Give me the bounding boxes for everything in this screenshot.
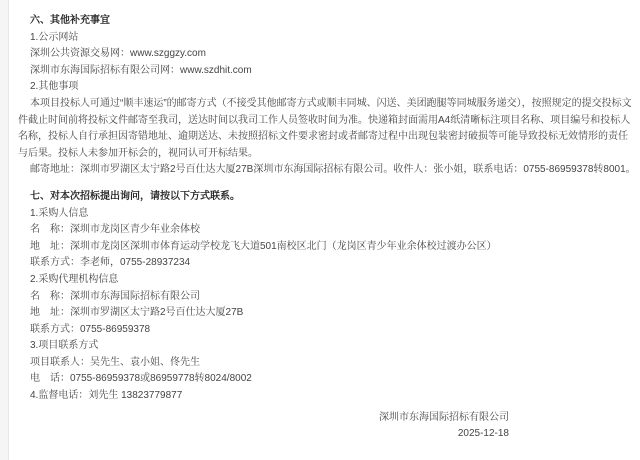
section7-line-project-contacts: 项目联系人：吴先生、袁小姐、佟先生 bbox=[18, 355, 637, 372]
section7-line-agency-info: 2.采购代理机构信息 bbox=[18, 272, 637, 289]
document-page: 六、其他补充事宜 1.公示网站 深圳公共资源交易网：www.szggzy.com… bbox=[8, 0, 640, 460]
section6-line-website-label: 1.公示网站 bbox=[18, 30, 637, 47]
section6-paragraph-mailing-rules: 本项目投标人可通过“顺丰速运”的邮寄方式（不接受其他邮寄方式或顺丰同城、闪送、美… bbox=[18, 96, 637, 162]
section7-line-project-phone: 电 话：0755-86959378或86959778转8024/8002 bbox=[18, 371, 637, 388]
section7-line-purchaser-address: 地 址：深圳市龙岗区深圳市体育运动学校龙飞大道501南校区北门（龙岗区青少年业余… bbox=[18, 239, 637, 256]
announcement-body: 六、其他补充事宜 1.公示网站 深圳公共资源交易网：www.szggzy.com… bbox=[18, 13, 637, 443]
section7-line-project-contact-title: 3.项目联系方式 bbox=[18, 338, 637, 355]
section7-line-supervision-phone: 4.监督电话：刘先生 13823779877 bbox=[18, 388, 637, 405]
section6-paragraph-mailing-address: 邮寄地址：深圳市罗湖区太宁路2号百仕达大厦27B深圳市东海国际招标有限公司。收件… bbox=[18, 162, 637, 179]
section6-heading: 六、其他补充事宜 bbox=[18, 13, 637, 30]
signature-date: 2025-12-18 bbox=[18, 426, 509, 443]
section7-line-purchaser-contact: 联系方式：李老师，0755-28937234 bbox=[18, 255, 637, 272]
signature-company: 深圳市东海国际招标有限公司 bbox=[18, 410, 509, 427]
signature-block: 深圳市东海国际招标有限公司 2025-12-18 bbox=[18, 410, 637, 443]
section7-line-agency-contact: 联系方式：0755-86959378 bbox=[18, 322, 637, 339]
section7-line-agency-name: 名 称：深圳市东海国际招标有限公司 bbox=[18, 289, 637, 306]
section6-line-szdhit-url: 深圳市东海国际招标有限公司网：www.szdhit.com bbox=[18, 63, 637, 80]
section6-line-szggzy-url: 深圳公共资源交易网：www.szggzy.com bbox=[18, 46, 637, 63]
section7-line-purchaser-info: 1.采购人信息 bbox=[18, 206, 637, 223]
section7-heading: 七、对本次招标提出询问，请按以下方式联系。 bbox=[18, 189, 637, 206]
section7-line-purchaser-name: 名 称：深圳市龙岗区青少年业余体校 bbox=[18, 222, 637, 239]
section7-line-agency-address: 地 址：深圳市罗湖区太宁路2号百仕达大厦27B bbox=[18, 305, 637, 322]
section6-line-other-matters: 2.其他事项 bbox=[18, 79, 637, 96]
